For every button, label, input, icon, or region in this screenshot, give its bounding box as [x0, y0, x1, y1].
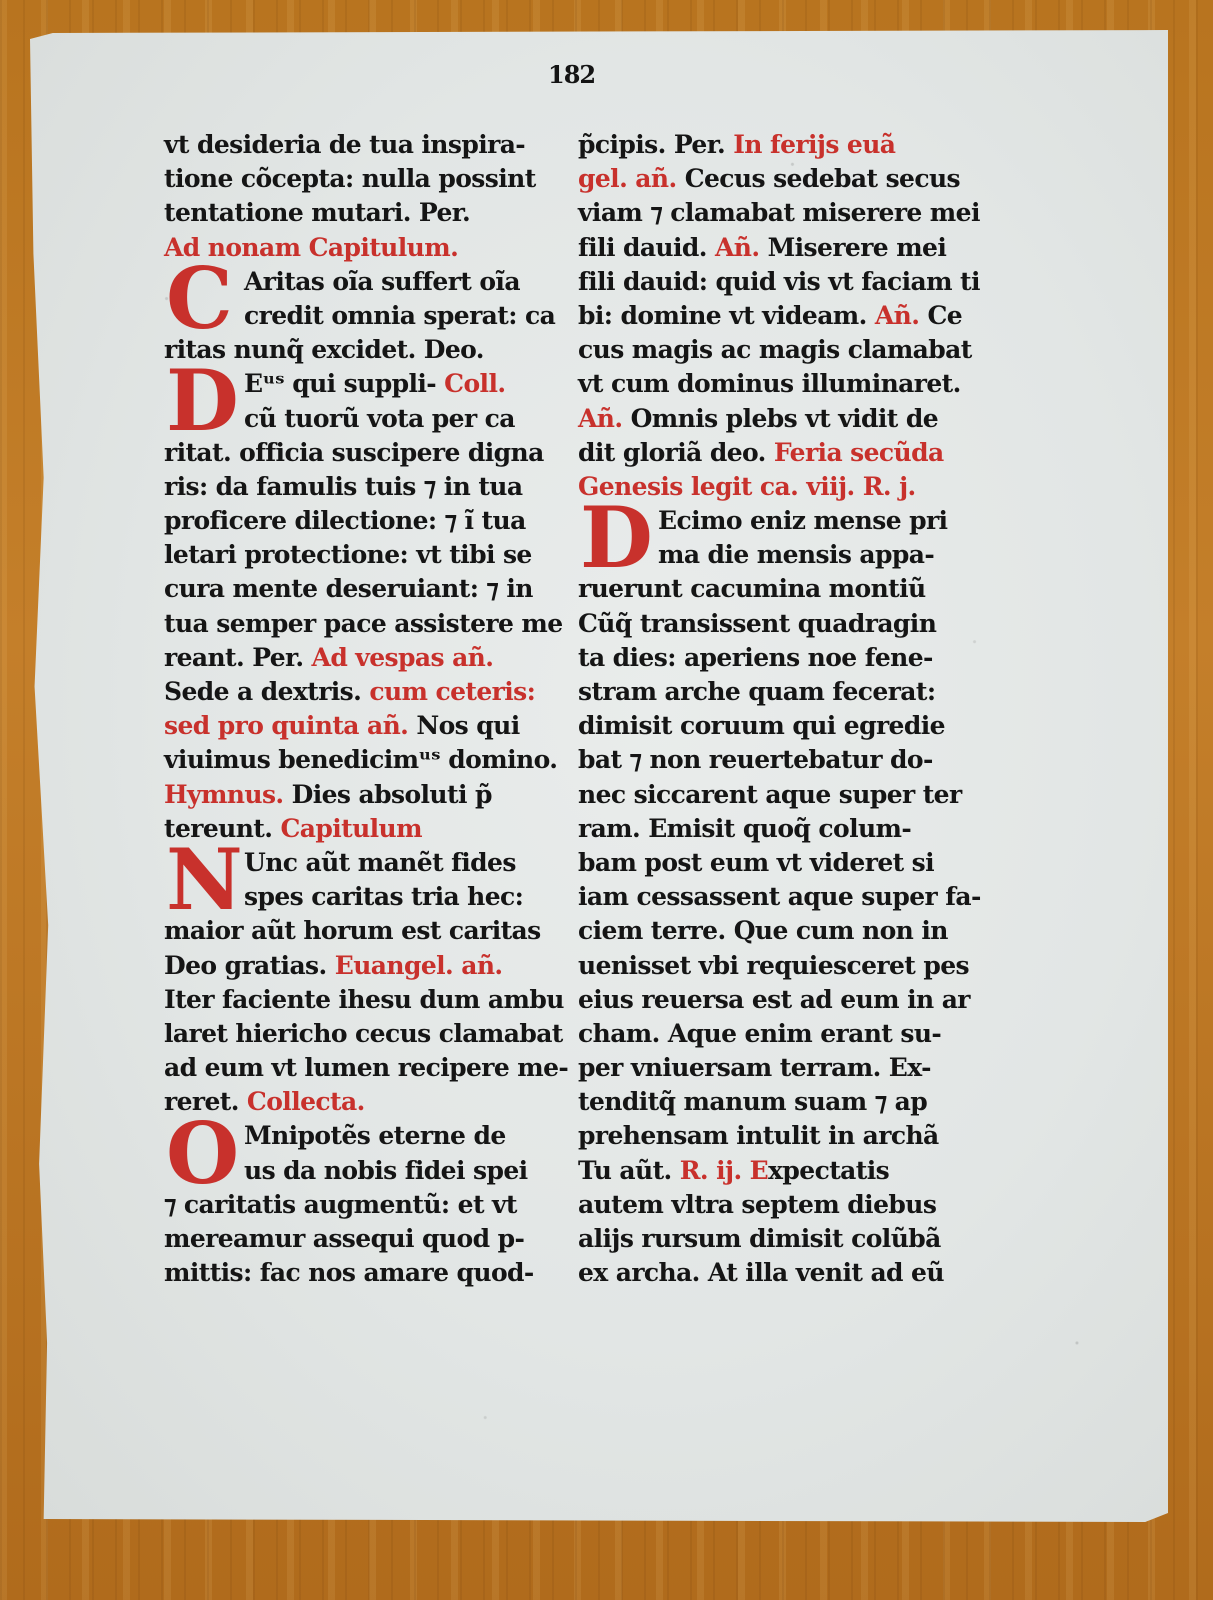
- body-text: Ce: [919, 301, 962, 330]
- rubric-text: Ad vespas añ.: [312, 643, 494, 672]
- text-line: dit gloriã deo. Feria secũda: [578, 436, 962, 470]
- body-text: ram. Emisit quoq̃ colum-: [578, 814, 911, 843]
- body-text: cham. Aque enim erant su-: [578, 1019, 941, 1048]
- rubric-initial: D: [580, 502, 653, 574]
- rubric-initial: C: [166, 263, 233, 335]
- text-line: bi: domine vt videam. Añ. Ce: [578, 299, 962, 333]
- text-line: iam cessassent aque super fa-: [578, 880, 962, 914]
- body-text: viam ⁊ clamabat miserere mei: [578, 198, 980, 227]
- body-text: Cecus sedebat secus: [685, 164, 960, 193]
- rubric-text: gel. añ.: [578, 164, 685, 193]
- body-text: nec siccarent aque super ter: [578, 780, 962, 809]
- rubric-initial: D: [166, 365, 239, 437]
- body-text: Ecimo eniz mense pri: [658, 506, 947, 535]
- rubric-text: Euangel. añ.: [335, 951, 503, 980]
- body-text: xpectatis: [768, 1156, 889, 1185]
- rubric-text: Capitulum: [280, 814, 422, 843]
- rubric-text: R. ij. E: [680, 1156, 768, 1185]
- body-text: p̃cipis. Per.: [578, 130, 733, 159]
- body-text: ta dies: aperiens noe fene-: [578, 643, 933, 672]
- text-line: nec siccarent aque super ter: [578, 778, 962, 812]
- text-line: sed pro quinta añ. Nos qui: [164, 709, 546, 743]
- text-line: eius reuersa est ad eum in ar: [578, 983, 962, 1017]
- body-text: Deo gratias.: [164, 951, 335, 980]
- text-line: letari protectione: vt tibi se: [164, 538, 546, 572]
- body-text: ciem terre. Que cum non in: [578, 916, 948, 945]
- text-line: cus magis ac magis clamabat: [578, 333, 962, 367]
- body-text: credit omnia sperat: ca: [244, 301, 555, 330]
- text-line: laret hiericho cecus clamabat: [164, 1017, 546, 1051]
- body-text: bam post eum vt videret si: [578, 848, 934, 877]
- body-text: Miserere mei: [759, 233, 946, 262]
- body-text: spes caritas tria hec:: [244, 882, 523, 911]
- text-line: per vniuersam terram. Ex-: [578, 1051, 962, 1085]
- body-text: eius reuersa est ad eum in ar: [578, 985, 970, 1014]
- body-text: tua semper pace assistere me: [164, 609, 563, 638]
- body-text: Nos qui: [416, 711, 519, 740]
- body-text: ma die mensis appa-: [658, 540, 934, 569]
- rubric-text: Añ.: [715, 233, 759, 262]
- text-line: Sede a dextris. cum ceteris:: [164, 675, 546, 709]
- body-text: cus magis ac magis clamabat: [578, 335, 972, 364]
- body-text: cura mente deseruiant: ⁊ in: [164, 574, 533, 603]
- text-line: Hymnus. Dies absoluti p̃: [164, 778, 546, 812]
- text-line: vt desideria de tua inspira-: [164, 128, 546, 162]
- body-text: fili dauid: quid vis vt faciam ti: [578, 267, 980, 296]
- text-line: tione cõcepta: nulla possint: [164, 162, 546, 196]
- text-line: prehensam intulit in archã: [578, 1119, 962, 1153]
- text-line: tenditq̃ manum suam ⁊ ap: [578, 1085, 962, 1119]
- body-text: ex archa. At illa venit ad eũ: [578, 1258, 944, 1287]
- body-text: mereamur assequi quod p-: [164, 1224, 524, 1253]
- body-text: alijs rursum dimisit colũbã: [578, 1224, 941, 1253]
- rubric-text: Feria secũda: [774, 438, 944, 467]
- body-text: autem vltra septem diebus: [578, 1190, 936, 1219]
- right-text-column: p̃cipis. Per. In ferijs euãgel. añ. Cecu…: [578, 128, 962, 1290]
- text-line: mereamur assequi quod p-: [164, 1222, 546, 1256]
- body-text: tione cõcepta: nulla possint: [164, 164, 536, 193]
- body-text: viuimus benedicimᵘˢ domino.: [164, 745, 557, 774]
- rubric-text: Añ.: [875, 301, 919, 330]
- body-text: Aritas oĩa suffert oĩa: [244, 267, 520, 296]
- body-text: cũ tuorũ vota per ca: [244, 404, 515, 433]
- text-line: ex archa. At illa venit ad eũ: [578, 1256, 962, 1290]
- text-line: tentatione mutari. Per.: [164, 196, 546, 230]
- text-line: viuimus benedicimᵘˢ domino.: [164, 743, 546, 777]
- text-line: Deo gratias. Euangel. añ.: [164, 949, 546, 983]
- text-line: uenisset vbi requiesceret pes: [578, 949, 962, 983]
- body-text: Unc aũt manẽt fides: [244, 848, 516, 877]
- body-text: reant. Per.: [164, 643, 312, 672]
- text-line: vt cum dominus illuminaret.: [578, 367, 962, 401]
- body-text: Eᵘˢ qui suppli-: [244, 369, 444, 398]
- text-line: Tu aũt. R. ij. Expectatis: [578, 1154, 962, 1188]
- rubric-initial: O: [166, 1118, 239, 1190]
- text-line: Añ. Omnis plebs vt vidit de: [578, 402, 962, 436]
- text-line: ris: da famulis tuis ⁊ in tua: [164, 470, 546, 504]
- body-text: ris: da famulis tuis ⁊ in tua: [164, 472, 522, 501]
- body-text: vt desideria de tua inspira-: [164, 130, 525, 159]
- body-text: Tu aũt.: [578, 1156, 680, 1185]
- rubric-text: Añ.: [578, 404, 622, 433]
- rubric-text: sed pro quinta añ.: [164, 711, 416, 740]
- body-text: prehensam intulit in archã: [578, 1121, 939, 1150]
- text-line: autem vltra septem diebus: [578, 1188, 962, 1222]
- text-line: cham. Aque enim erant su-: [578, 1017, 962, 1051]
- rubric-text: Coll.: [444, 369, 505, 398]
- text-line: viam ⁊ clamabat miserere mei: [578, 196, 962, 230]
- body-text: proficere dilectione: ⁊ ĩ tua: [164, 506, 526, 535]
- text-line: gel. añ. Cecus sedebat secus: [578, 162, 962, 196]
- text-line: ciem terre. Que cum non in: [578, 914, 962, 948]
- body-text: mittis: fac nos amare quod-: [164, 1258, 534, 1287]
- rubric-initial: N: [166, 844, 243, 916]
- text-line: stram arche quam fecerat:: [578, 675, 962, 709]
- text-line: dimisit coruum qui egredie: [578, 709, 962, 743]
- text-line: Iter faciente ihesu dum ambu: [164, 983, 546, 1017]
- text-line: Cũq̃ transissent quadragin: [578, 607, 962, 641]
- body-text: dimisit coruum qui egredie: [578, 711, 945, 740]
- rubric-text: Hymnus.: [164, 780, 292, 809]
- body-text: tenditq̃ manum suam ⁊ ap: [578, 1087, 927, 1116]
- left-text-column: vt desideria de tua inspira-tione cõcept…: [164, 128, 546, 1290]
- body-text: Cũq̃ transissent quadragin: [578, 609, 936, 638]
- rubric-text: cum ceteris:: [369, 677, 535, 706]
- rubric-text: Collecta.: [247, 1087, 365, 1116]
- body-text: us da nobis fidei spei: [244, 1156, 528, 1185]
- text-line: cura mente deseruiant: ⁊ in: [164, 572, 546, 606]
- text-line: bat ⁊ non reuertebatur do-: [578, 743, 962, 777]
- body-text: letari protectione: vt tibi se: [164, 540, 532, 569]
- body-text: laret hiericho cecus clamabat: [164, 1019, 563, 1048]
- body-text: ad eum vt lumen recipere me-: [164, 1053, 568, 1082]
- text-line: reant. Per. Ad vespas añ.: [164, 641, 546, 675]
- body-text: iam cessassent aque super fa-: [578, 882, 981, 911]
- text-line: p̃cipis. Per. In ferijs euã: [578, 128, 962, 162]
- text-line: alijs rursum dimisit colũbã: [578, 1222, 962, 1256]
- body-text: bi: domine vt videam.: [578, 301, 875, 330]
- body-text: vt cum dominus illuminaret.: [578, 369, 961, 398]
- folio-number: 182: [548, 60, 595, 89]
- body-text: uenisset vbi requiesceret pes: [578, 951, 969, 980]
- body-text: Mnipotẽs eterne de: [244, 1121, 506, 1150]
- text-line: fili dauid: quid vis vt faciam ti: [578, 265, 962, 299]
- text-line: tua semper pace assistere me: [164, 607, 546, 641]
- text-line: bam post eum vt videret si: [578, 846, 962, 880]
- rubric-text: In ferijs euã: [733, 130, 895, 159]
- body-text: bat ⁊ non reuertebatur do-: [578, 745, 933, 774]
- body-text: Omnis plebs vt vidit de: [622, 404, 938, 433]
- text-line: ram. Emisit quoq̃ colum-: [578, 812, 962, 846]
- body-text: fili dauid.: [578, 233, 715, 262]
- text-line: fili dauid. Añ. Miserere mei: [578, 231, 962, 265]
- text-line: proficere dilectione: ⁊ ĩ tua: [164, 504, 546, 538]
- text-line: mittis: fac nos amare quod-: [164, 1256, 546, 1290]
- body-text: stram arche quam fecerat:: [578, 677, 935, 706]
- body-text: Iter faciente ihesu dum ambu: [164, 985, 564, 1014]
- body-text: Dies absoluti p̃: [292, 780, 492, 809]
- body-text: per vniuersam terram. Ex-: [578, 1053, 931, 1082]
- body-text: Sede a dextris.: [164, 677, 369, 706]
- body-text: tentatione mutari. Per.: [164, 198, 470, 227]
- body-text: dit gloriã deo.: [578, 438, 774, 467]
- text-line: ad eum vt lumen recipere me-: [164, 1051, 546, 1085]
- text-line: ta dies: aperiens noe fene-: [578, 641, 962, 675]
